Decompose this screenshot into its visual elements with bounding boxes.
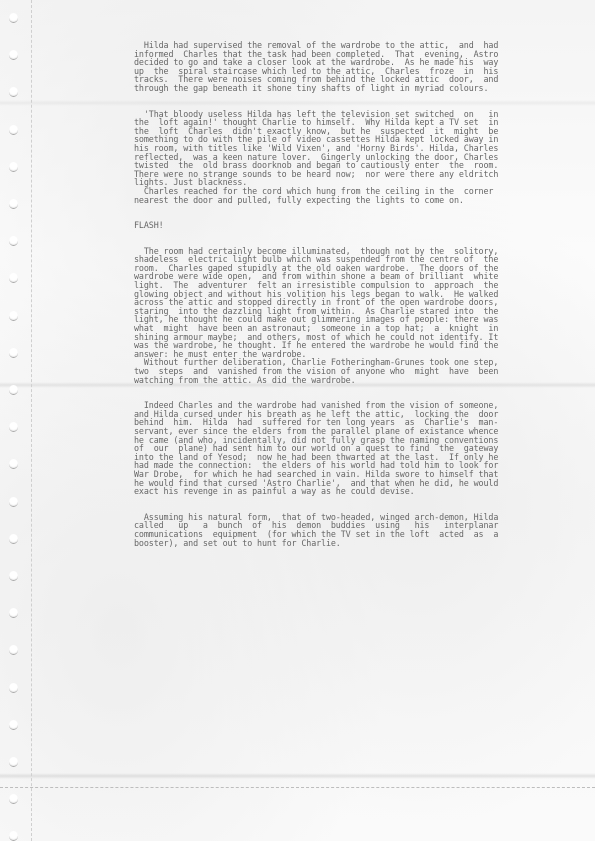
- feed-hole: [9, 125, 18, 135]
- feed-hole: [9, 720, 18, 730]
- feed-hole: [9, 757, 18, 767]
- paragraph-3: Charles reached for the cord which hung …: [134, 187, 568, 204]
- paragraph-4: The room had certainly become illuminate…: [134, 247, 568, 359]
- page-tear-perforation: [0, 787, 595, 788]
- typed-document: Hilda had supervised the removal of the …: [134, 41, 568, 547]
- text-line: exact his revenge in as painful a way as…: [134, 487, 568, 496]
- paragraph-1: Hilda had supervised the removal of the …: [134, 41, 568, 93]
- paper-crease: [0, 773, 595, 779]
- text-line: booster), and set out to hunt for Charli…: [134, 539, 568, 548]
- feed-hole: [9, 571, 18, 581]
- feed-hole: [9, 385, 18, 395]
- feed-hole: [9, 348, 18, 358]
- feed-hole: [9, 683, 18, 693]
- feed-hole: [9, 199, 18, 209]
- feed-hole: [9, 311, 18, 321]
- paragraph-7: Assuming his natural form, that of two-h…: [134, 513, 568, 547]
- feed-hole: [9, 13, 18, 23]
- paragraph-6: Indeed Charles and the wardrobe had vani…: [134, 401, 568, 496]
- paragraph-5: Without further deliberation, Charlie Fo…: [134, 358, 568, 384]
- text-line: through the gap beneath it shone tiny sh…: [134, 84, 568, 93]
- flash-heading: FLASH!: [134, 221, 568, 230]
- text-line: nearest the door and pulled, fully expec…: [134, 196, 568, 205]
- feed-hole: [9, 534, 18, 544]
- tractor-feed-perforation: [31, 0, 32, 841]
- text-line: watching from the attic. As did the ward…: [134, 376, 568, 385]
- paragraph-2: 'That bloody useless Hilda has left the …: [134, 110, 568, 187]
- feed-hole: [9, 162, 18, 172]
- feed-hole: [9, 831, 18, 841]
- feed-hole: [9, 497, 18, 507]
